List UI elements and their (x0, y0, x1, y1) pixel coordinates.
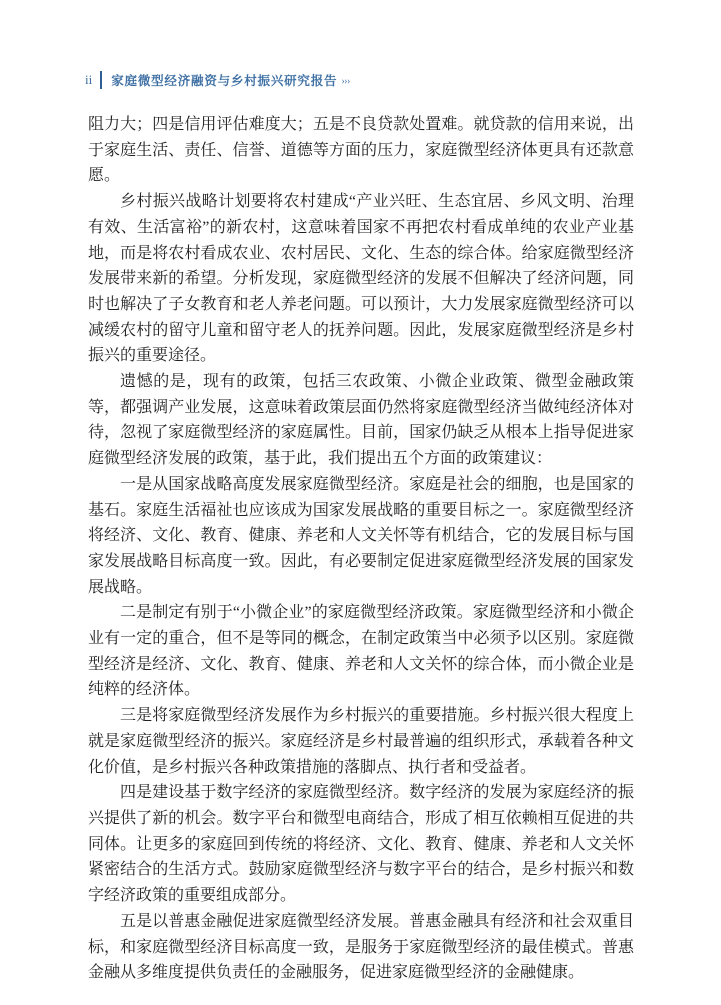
paragraph-suggestion-4: 四是建设基于数字经济的家庭微型经济。数字经济的发展为家庭经济的振兴提供了新的机会… (88, 780, 634, 909)
paragraph-suggestion-5: 五是以普惠金融促进家庭微型经济发展。普惠金融具有经济和社会双重目标，和家庭微型经… (88, 909, 634, 986)
running-title: 家庭微型经济融资与乡村振兴研究报告 (111, 71, 337, 89)
header-divider (100, 71, 102, 89)
paragraph-suggestion-1: 一是从国家战略高度发展家庭微型经济。家庭是社会的细胞，也是国家的基石。家庭生活福… (88, 472, 634, 601)
paragraph-continuation: 阻力大；四是信用评估难度大；五是不良贷款处置难。就贷款的信用来说，出于家庭生活、… (88, 112, 634, 189)
paragraph-rural-revitalization: 乡村振兴战略计划要将农村建成“产业兴旺、生态宜居、乡风文明、治理有效、生活富裕”… (88, 189, 634, 369)
page-header: ii 家庭微型经济融资与乡村振兴研究报告 ››› (85, 70, 350, 89)
document-page: ii 家庭微型经济融资与乡村振兴研究报告 ››› 阻力大；四是信用评估难度大；五… (0, 0, 721, 1005)
paragraph-policy-gap: 遗憾的是，现有的政策，包括三农政策、小微企业政策、微型金融政策等，都强调产业发展… (88, 369, 634, 472)
paragraph-suggestion-3: 三是将家庭微型经济发展作为乡村振兴的重要措施。乡村振兴很大程度上就是家庭微型经济… (88, 703, 634, 780)
triple-chevron-icon: ››› (341, 75, 350, 89)
page-body: 阻力大；四是信用评估难度大；五是不良贷款处置难。就贷款的信用来说，出于家庭生活、… (88, 112, 634, 986)
page-number: ii (85, 70, 100, 89)
paragraph-suggestion-2: 二是制定有别于“小微企业”的家庭微型经济政策。家庭微型经济和小微企业有一定的重合… (88, 600, 634, 703)
